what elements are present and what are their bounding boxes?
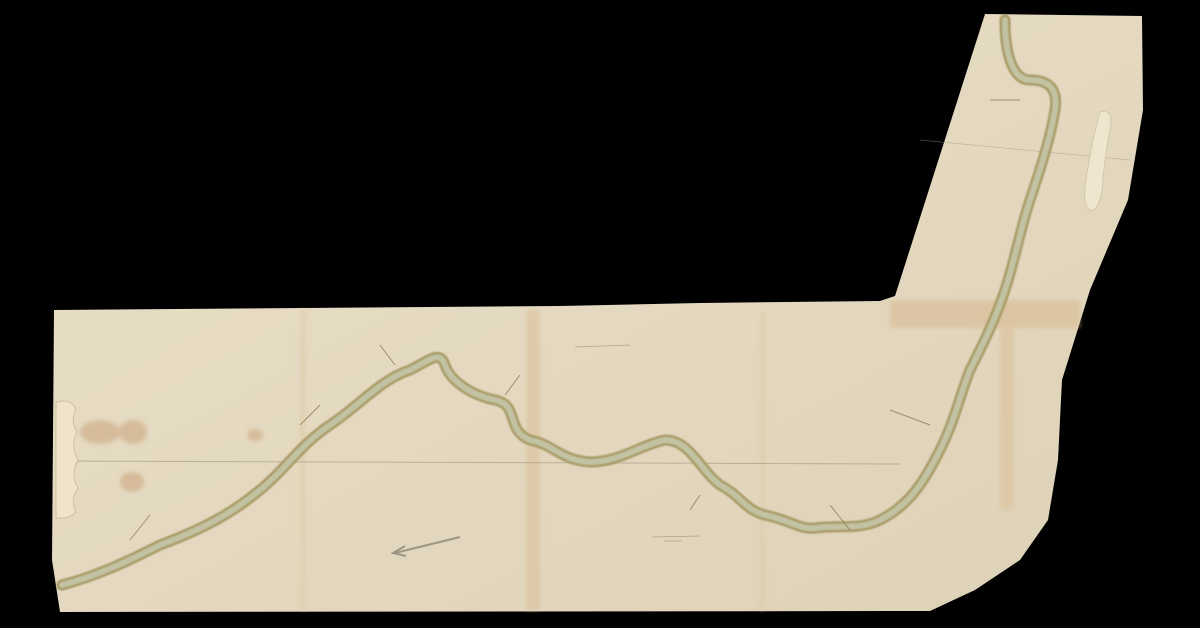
map-viewer: manuscript river map (scanned) [0,0,1200,628]
manuscript-map [0,0,1200,628]
